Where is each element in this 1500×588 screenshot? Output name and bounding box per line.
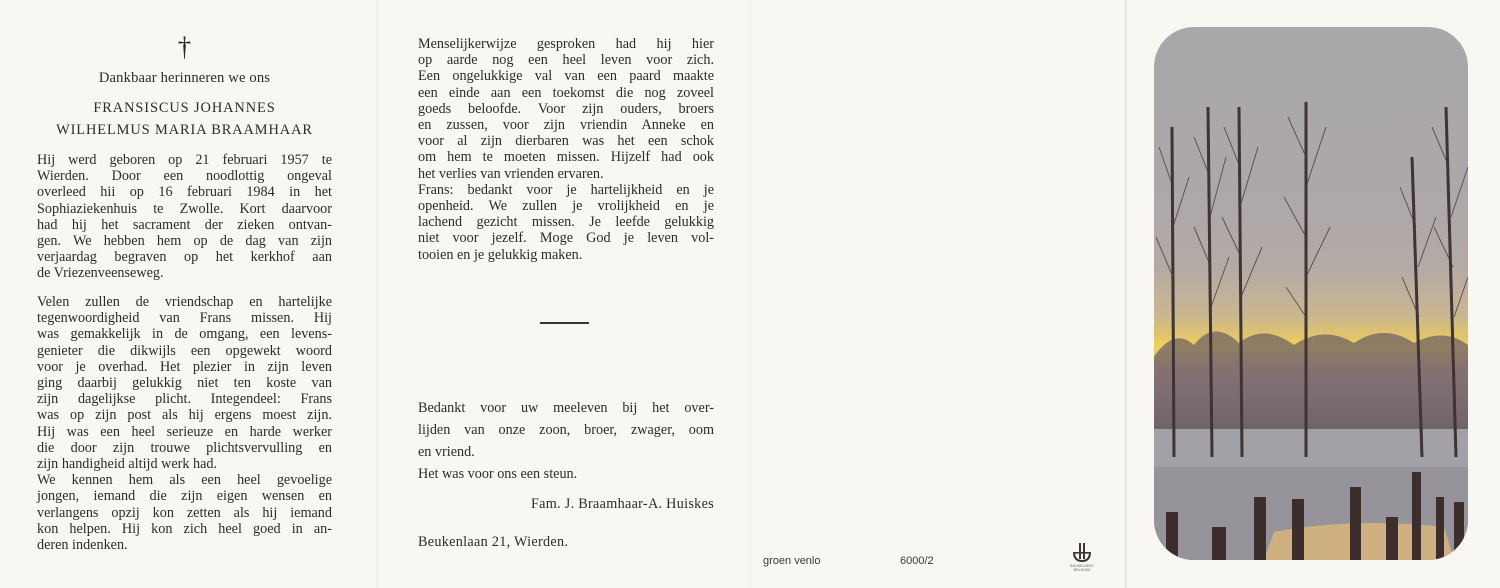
text-line: Een ongelukkige val van een paard maakte: [418, 68, 714, 84]
intro-text: Dankbaar herinneren we ons: [37, 70, 332, 87]
text-line: Hij werd geboren op 21 februari 1957 te: [37, 152, 332, 168]
thanks-line: Bedankt voor uw meeleven bij het over-: [418, 397, 714, 419]
panel-left: † Dankbaar herinneren we ons FRANSISCUS …: [37, 0, 332, 588]
text-line: Wierden. Door een noodlottig ongeval: [37, 168, 332, 184]
text-line: jongen, iemand die zijn eigen wensen en: [37, 488, 332, 504]
text-line: Hij was een heel serieuze en harde werke…: [37, 424, 332, 440]
text-line: was op zijn post als hij ergens moest zi…: [37, 407, 332, 423]
text-line: en zussen, voor zijn vriendin Anneke en: [418, 117, 714, 133]
text-line: verlangens opzij kon zetten als hij iema…: [37, 505, 332, 521]
fold-line: [750, 0, 751, 588]
remembrance-paragraph: Menselijkerwijze gesproken had hij hiero…: [418, 36, 714, 263]
divider: [540, 322, 589, 324]
text-line: deren indenken.: [37, 537, 332, 553]
family-address: Beukenlaan 21, Wierden.: [418, 534, 568, 551]
text-line: zijn dagelijkse plicht. Integendeel: Fra…: [37, 391, 332, 407]
text-line: lachend gezicht missen. Je leefde gelukk…: [418, 214, 714, 230]
text-line: zijn handigheid altijd werk had.: [37, 456, 332, 472]
panel-blank: groen venlo 6000/2 BEUSELINCK BELGIUM: [752, 0, 1124, 588]
text-line: tooien en je gelukkig maken.: [418, 247, 714, 263]
fold-line: [377, 0, 378, 588]
text-line: de Vriezenveenseweg.: [37, 265, 332, 281]
text-line: op aarde nog een heel leven voor zich.: [418, 52, 714, 68]
text-line: tegenwoordigheid van Frans missen. Hij: [37, 310, 332, 326]
family-signature: Fam. J. Braamhaar-A. Huiskes: [531, 496, 714, 513]
print-code: 6000/2: [900, 555, 934, 567]
panel-photo: [1127, 0, 1500, 588]
text-line: een einde aan een toekomst die nog zovee…: [418, 85, 714, 101]
text-line: goeds beloofde. Voor zijn ouders, broers: [418, 101, 714, 117]
cross-icon: †: [37, 32, 332, 62]
panel-middle: Menselijkerwijze gesproken had hij hiero…: [418, 0, 714, 588]
sunset-trees-photo: [1154, 27, 1468, 560]
fold-line: [1125, 0, 1126, 588]
thanks-line: en vriend.: [418, 441, 714, 463]
thanks-line: lijden van onze zoon, broer, zwager, oom: [418, 419, 714, 441]
printer-name: groen venlo: [763, 555, 821, 567]
text-line: was gemakkelijk in de omgang, een levens…: [37, 326, 332, 342]
logo-text-line-2: BELGIUM: [1062, 568, 1102, 572]
text-line: Frans: bedankt voor je hartelijkheid en …: [418, 182, 714, 198]
biography-paragraph: Hij werd geboren op 21 februari 1957 teW…: [37, 152, 332, 282]
thanks-line: Het was voor ons een steun.: [418, 463, 714, 485]
logo-mark-icon: [1071, 542, 1093, 564]
deceased-name: FRANSISCUS JOHANNES WILHELMUS MARIA BRAA…: [37, 97, 332, 141]
memorial-card: † Dankbaar herinneren we ons FRANSISCUS …: [0, 0, 1500, 588]
beuselinck-logo-icon: BEUSELINCK BELGIUM: [1062, 542, 1102, 576]
text-line: kon helpen. Hij kon zich heel goed in an…: [37, 521, 332, 537]
character-paragraph: Velen zullen de vriendschap en hartelijk…: [37, 294, 332, 553]
text-line: had hij het sacrament der zieken ontvan-: [37, 217, 332, 233]
text-line: We kennen hem als een heel gevoelige: [37, 472, 332, 488]
text-line: overleed hii op 16 februari 1984 in het: [37, 184, 332, 200]
text-line: het verlies van vrienden ervaren.: [418, 166, 714, 182]
text-line: ging daarbij gelukkig niet ten koste van: [37, 375, 332, 391]
text-line: niet voor jezelf. Moge God je leven vol-: [418, 230, 714, 246]
text-line: Velen zullen de vriendschap en hartelijk…: [37, 294, 332, 310]
name-line-1: FRANSISCUS JOHANNES: [37, 97, 332, 119]
name-line-2: WILHELMUS MARIA BRAAMHAAR: [37, 119, 332, 141]
text-line: om hem te moeten missen. Hijzelf had ook: [418, 149, 714, 165]
text-line: Menselijkerwijze gesproken had hij hier: [418, 36, 714, 52]
text-line: die door zijn trouwe plichtsvervulling e…: [37, 440, 332, 456]
text-line: voor je overhad. Het plezier in zijn lev…: [37, 359, 332, 375]
text-line: genieter die dikwijls een opgewekt woord: [37, 343, 332, 359]
text-line: Sophiaziekenhuis te Zwolle. Kort daarvoo…: [37, 201, 332, 217]
text-line: gen. We hebben hem op de dag van zijn: [37, 233, 332, 249]
text-line: voor al zijn dierbaren was het een schok: [418, 133, 714, 149]
text-line: openheid. We zullen je vrolijkheid en je: [418, 198, 714, 214]
trees-silhouette: [1154, 27, 1468, 560]
text-line: verjaardag begraven op het kerkhof aan: [37, 249, 332, 265]
thanks-text: Bedankt voor uw meeleven bij het over- l…: [418, 397, 714, 485]
